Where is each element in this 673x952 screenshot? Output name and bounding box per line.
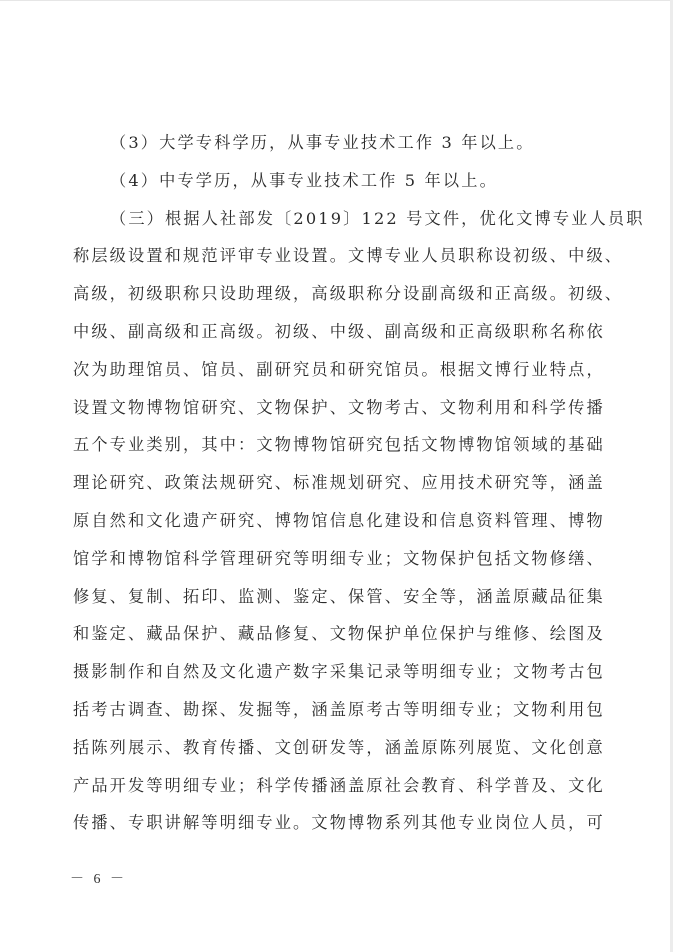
text-line: 设置文物博物馆研究、文物保护、文物考古、文物利用和科学传播 [73,389,603,427]
text-line: 馆学和博物馆科学管理研究等明细专业；文物保护包括文物修缮、 [73,540,603,578]
page-top-edge [0,0,673,1]
text-line: 修复、复制、拓印、监测、鉴定、保管、安全等，涵盖原藏品征集 [73,578,603,616]
text-line: 高级，初级职称只设助理级，高级职称分设副高级和正高级。初级、 [73,275,603,313]
text-line: 和鉴定、藏品保护、藏品修复、文物保护单位保护与维修、绘图及 [73,615,603,653]
text-line: 产品开发等明细专业；科学传播涵盖原社会教育、科学普及、文化 [73,767,603,805]
text-line: 括考古调查、勘探、发掘等，涵盖原考古等明细专业；文物利用包 [73,691,603,729]
paragraph-section-3-start: （三）根据人社部发〔2019〕122 号文件，优化文博专业人员职 [73,200,603,238]
document-page: （3）大学专科学历，从事专业技术工作 3 年以上。 （4）中专学历，从事专业技术… [0,0,673,952]
text-line: 称层级设置和规范评审专业设置。文博专业人员职称设初级、中级、 [73,237,603,275]
text-line: 原自然和文化遗产研究、博物馆信息化建设和信息资料管理、博物 [73,502,603,540]
text-line: 摄影制作和自然及文化遗产数字采集记录等明细专业；文物考古包 [73,653,603,691]
paragraph-item-4: （4）中专学历，从事专业技术工作 5 年以上。 [73,162,603,200]
text-line: 理论研究、政策法规研究、标准规划研究、应用技术研究等，涵盖 [73,464,603,502]
page-number: － 6 － [70,868,127,888]
text-line: 五个专业类别，其中：文物博物馆研究包括文物博物馆领域的基础 [73,426,603,464]
text-line: 中级、副高级和正高级。初级、中级、副高级和正高级职称名称依 [73,313,603,351]
body-text: （3）大学专科学历，从事专业技术工作 3 年以上。 （4）中专学历，从事专业技术… [73,124,603,842]
text-line: 传播、专职讲解等明细专业。文物博物系列其他专业岗位人员，可 [73,804,603,842]
text-line: 次为助理馆员、馆员、副研究员和研究馆员。根据文博行业特点， [73,351,603,389]
text-line: 括陈列展示、教育传播、文创研发等，涵盖原陈列展览、文化创意 [73,729,603,767]
paragraph-item-3: （3）大学专科学历，从事专业技术工作 3 年以上。 [73,124,603,162]
